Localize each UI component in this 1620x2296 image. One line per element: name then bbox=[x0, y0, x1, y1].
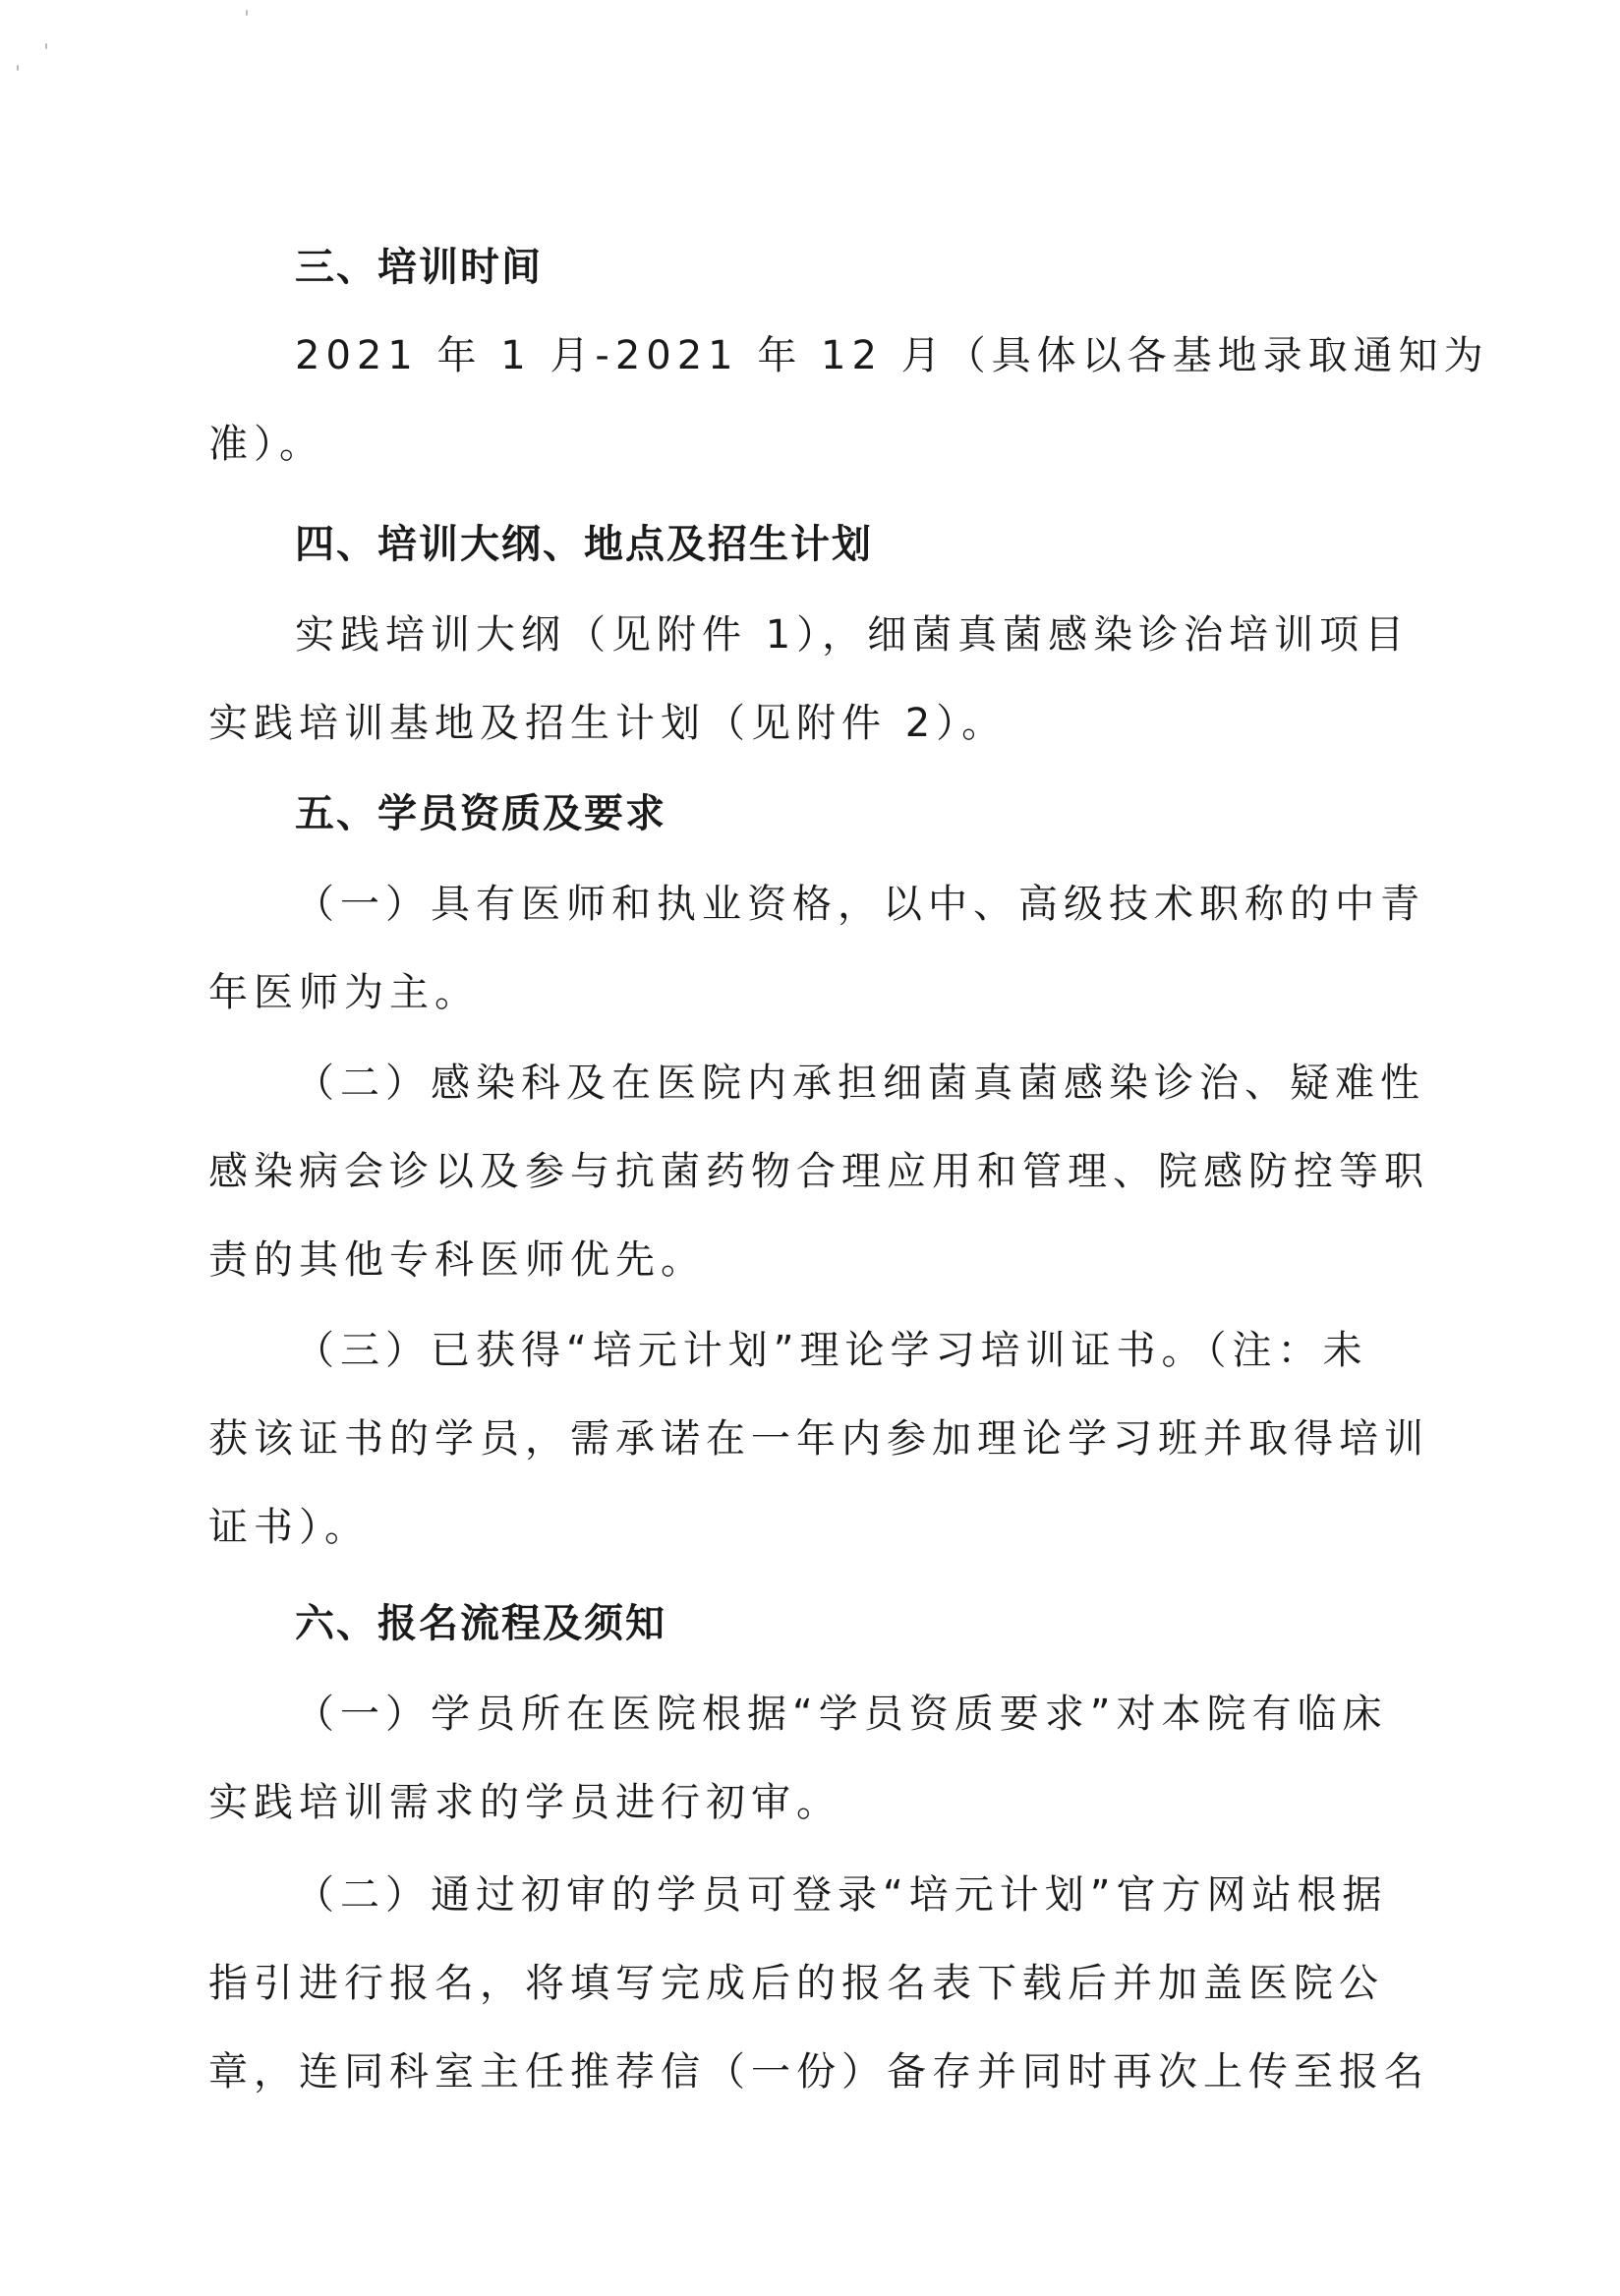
paragraph-line: 实践培训大纲（见附件 1），细菌真菌感染诊治培训项目 bbox=[295, 607, 1410, 662]
section-heading-training-time: 三、培训时间 bbox=[295, 240, 543, 295]
paragraph-line: 2021 年 1 月-2021 年 12 月（具体以各基地录取通知为 bbox=[295, 328, 1489, 383]
scan-speck bbox=[246, 10, 248, 16]
section-heading-trainee-requirements: 五、学员资质及要求 bbox=[295, 786, 666, 841]
section-heading-registration-process: 六、报名流程及须知 bbox=[295, 1596, 666, 1651]
scan-speck bbox=[17, 65, 19, 71]
paragraph-line: 年医师为主。 bbox=[208, 965, 480, 1020]
scan-speck bbox=[45, 43, 47, 49]
paragraph-line: （一）具有医师和执业资格，以中、高级技术职称的中青 bbox=[295, 877, 1425, 932]
paragraph-line: 实践培训基地及招生计划（见附件 2）。 bbox=[208, 696, 1007, 751]
paragraph-line: 责的其他专科医师优先。 bbox=[208, 1233, 706, 1288]
paragraph-line: （二）通过初审的学员可登录“培元计划”官方网站根据 bbox=[295, 1867, 1387, 1923]
paragraph-line: 实践培训需求的学员进行初审。 bbox=[208, 1775, 841, 1830]
paragraph-line: （一）学员所在医院根据“学员资质要求”对本院有临床 bbox=[295, 1687, 1387, 1742]
section-heading-outline-location-plan: 四、培训大纲、地点及招生计划 bbox=[295, 517, 873, 572]
paragraph-line: 感染病会诊以及参与抗菌药物合理应用和管理、院感防控等职 bbox=[208, 1144, 1429, 1199]
paragraph-line: 章，连同科室主任推荐信（一份）备存并同时再次上传至报名 bbox=[208, 2044, 1429, 2099]
paragraph-line: 指引进行报名，将填写完成后的报名表下载后并加盖医院公 bbox=[208, 1956, 1384, 2011]
paragraph-line: 获该证书的学员，需承诺在一年内参加理论学习班并取得培训 bbox=[208, 1411, 1429, 1466]
paragraph-line: （二）感染科及在医院内承担细菌真菌感染诊治、疑难性 bbox=[295, 1056, 1425, 1111]
paragraph-line: 准）。 bbox=[208, 417, 324, 472]
paragraph-line: 证书）。 bbox=[208, 1500, 370, 1555]
paragraph-line: （三）已获得“培元计划”理论学习培训证书。（注：未 bbox=[295, 1323, 1367, 1378]
